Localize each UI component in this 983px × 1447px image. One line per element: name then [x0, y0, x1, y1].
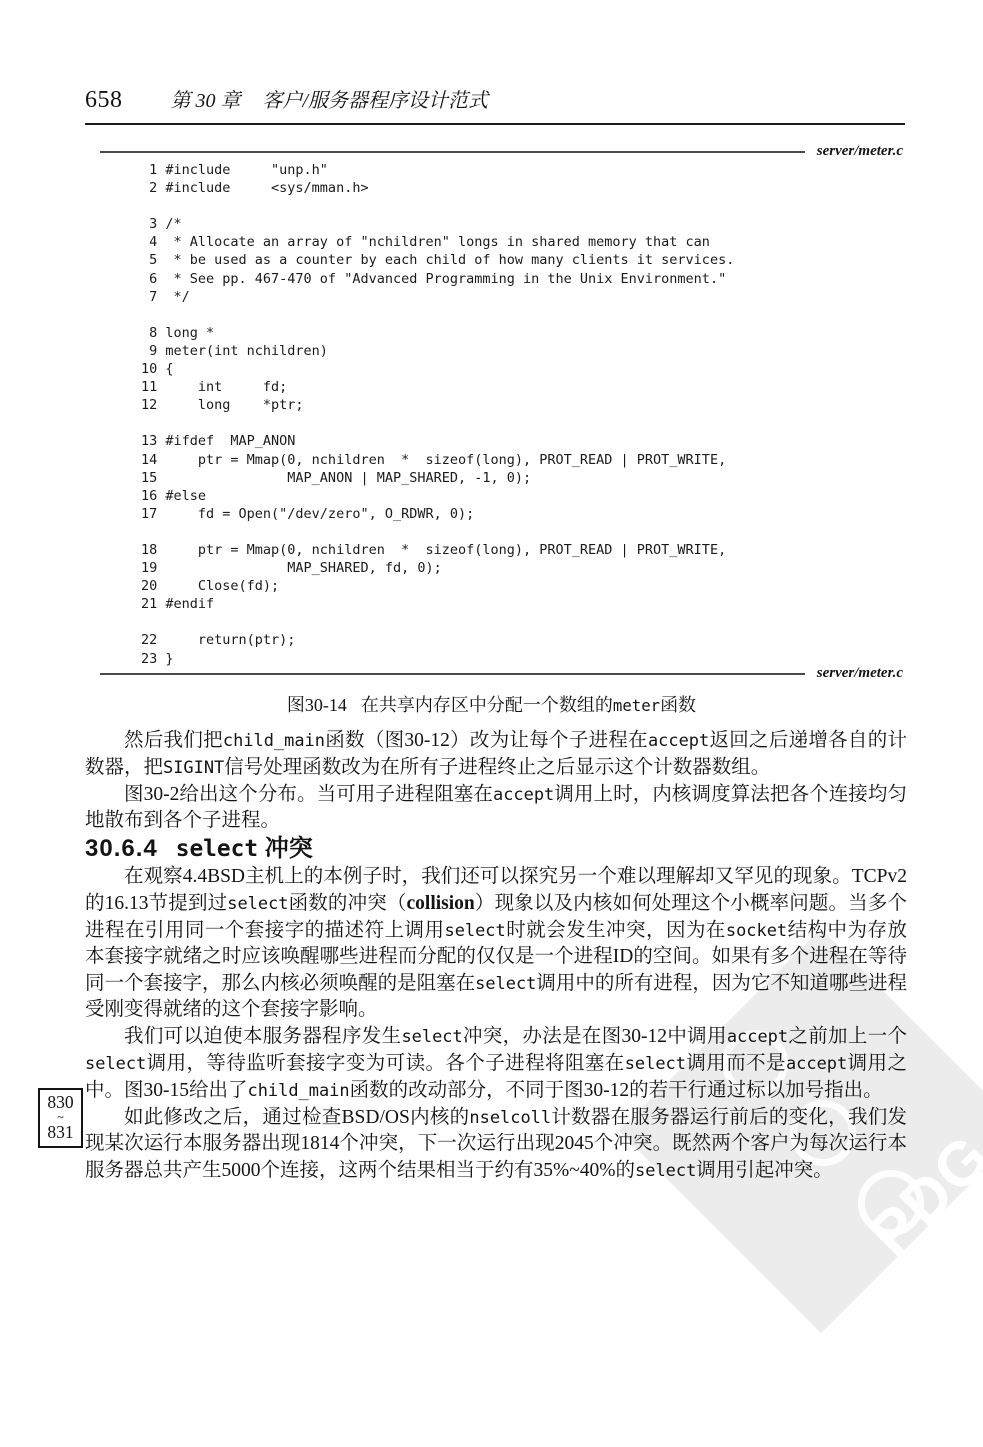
body-text: 然后我们把child_main函数（图30-12）改为让每个子进程在accept… [85, 727, 907, 1184]
section-title: select 冲突 [176, 835, 313, 862]
chapter-title: 客户/服务器程序设计范式 [263, 84, 489, 113]
section-heading: 30.6.4select 冲突 [85, 834, 907, 864]
chapter-number: 第 30 章 [171, 84, 241, 113]
running-header: 658 第 30 章 客户/服务器程序设计范式 [85, 84, 905, 125]
margin-page-range: 830 ~ 831 [38, 1088, 83, 1148]
paragraph: 然后我们把child_main函数（图30-12）改为让每个子进程在accept… [85, 727, 907, 781]
code-listing: 1 #include "unp.h" 2 #include <sys/mman.… [141, 161, 734, 668]
listing-file-label-bottom: server/meter.c [817, 665, 903, 682]
paragraph: 在观察4.4BSD主机上的本例子时，我们还可以探究另一个难以理解却又罕见的现象。… [85, 864, 907, 1023]
figure-number: 图30-14 [287, 695, 347, 715]
listing-file-label-top: server/meter.c [817, 143, 903, 160]
book-page: PDG 658 第 30 章 客户/服务器程序设计范式 server/meter… [0, 0, 983, 1447]
paragraph: 我们可以迫使本服务器程序发生select冲突，办法是在图30-12中调用acce… [85, 1023, 907, 1104]
margin-page-bottom: 831 [40, 1123, 81, 1142]
section-number: 30.6.4 [85, 835, 158, 862]
paragraph: 图30-2给出这个分布。当可用子进程阻塞在accept调用上时，内核调度算法把各… [85, 781, 907, 834]
figure-caption-text: 在共享内存区中分配一个数组的meter函数 [361, 695, 696, 715]
listing-bottom-rule: server/meter.c [100, 665, 903, 682]
rule-line [100, 673, 805, 675]
paragraph: 如此修改之后，通过检查BSD/OS内核的nselcoll计数器在服务器运行前后的… [85, 1104, 907, 1184]
figure-caption: 图30-14在共享内存区中分配一个数组的meter函数 [0, 691, 983, 717]
page-number: 658 [85, 87, 123, 114]
rule-line [100, 151, 805, 153]
listing-top-rule: server/meter.c [100, 143, 903, 160]
